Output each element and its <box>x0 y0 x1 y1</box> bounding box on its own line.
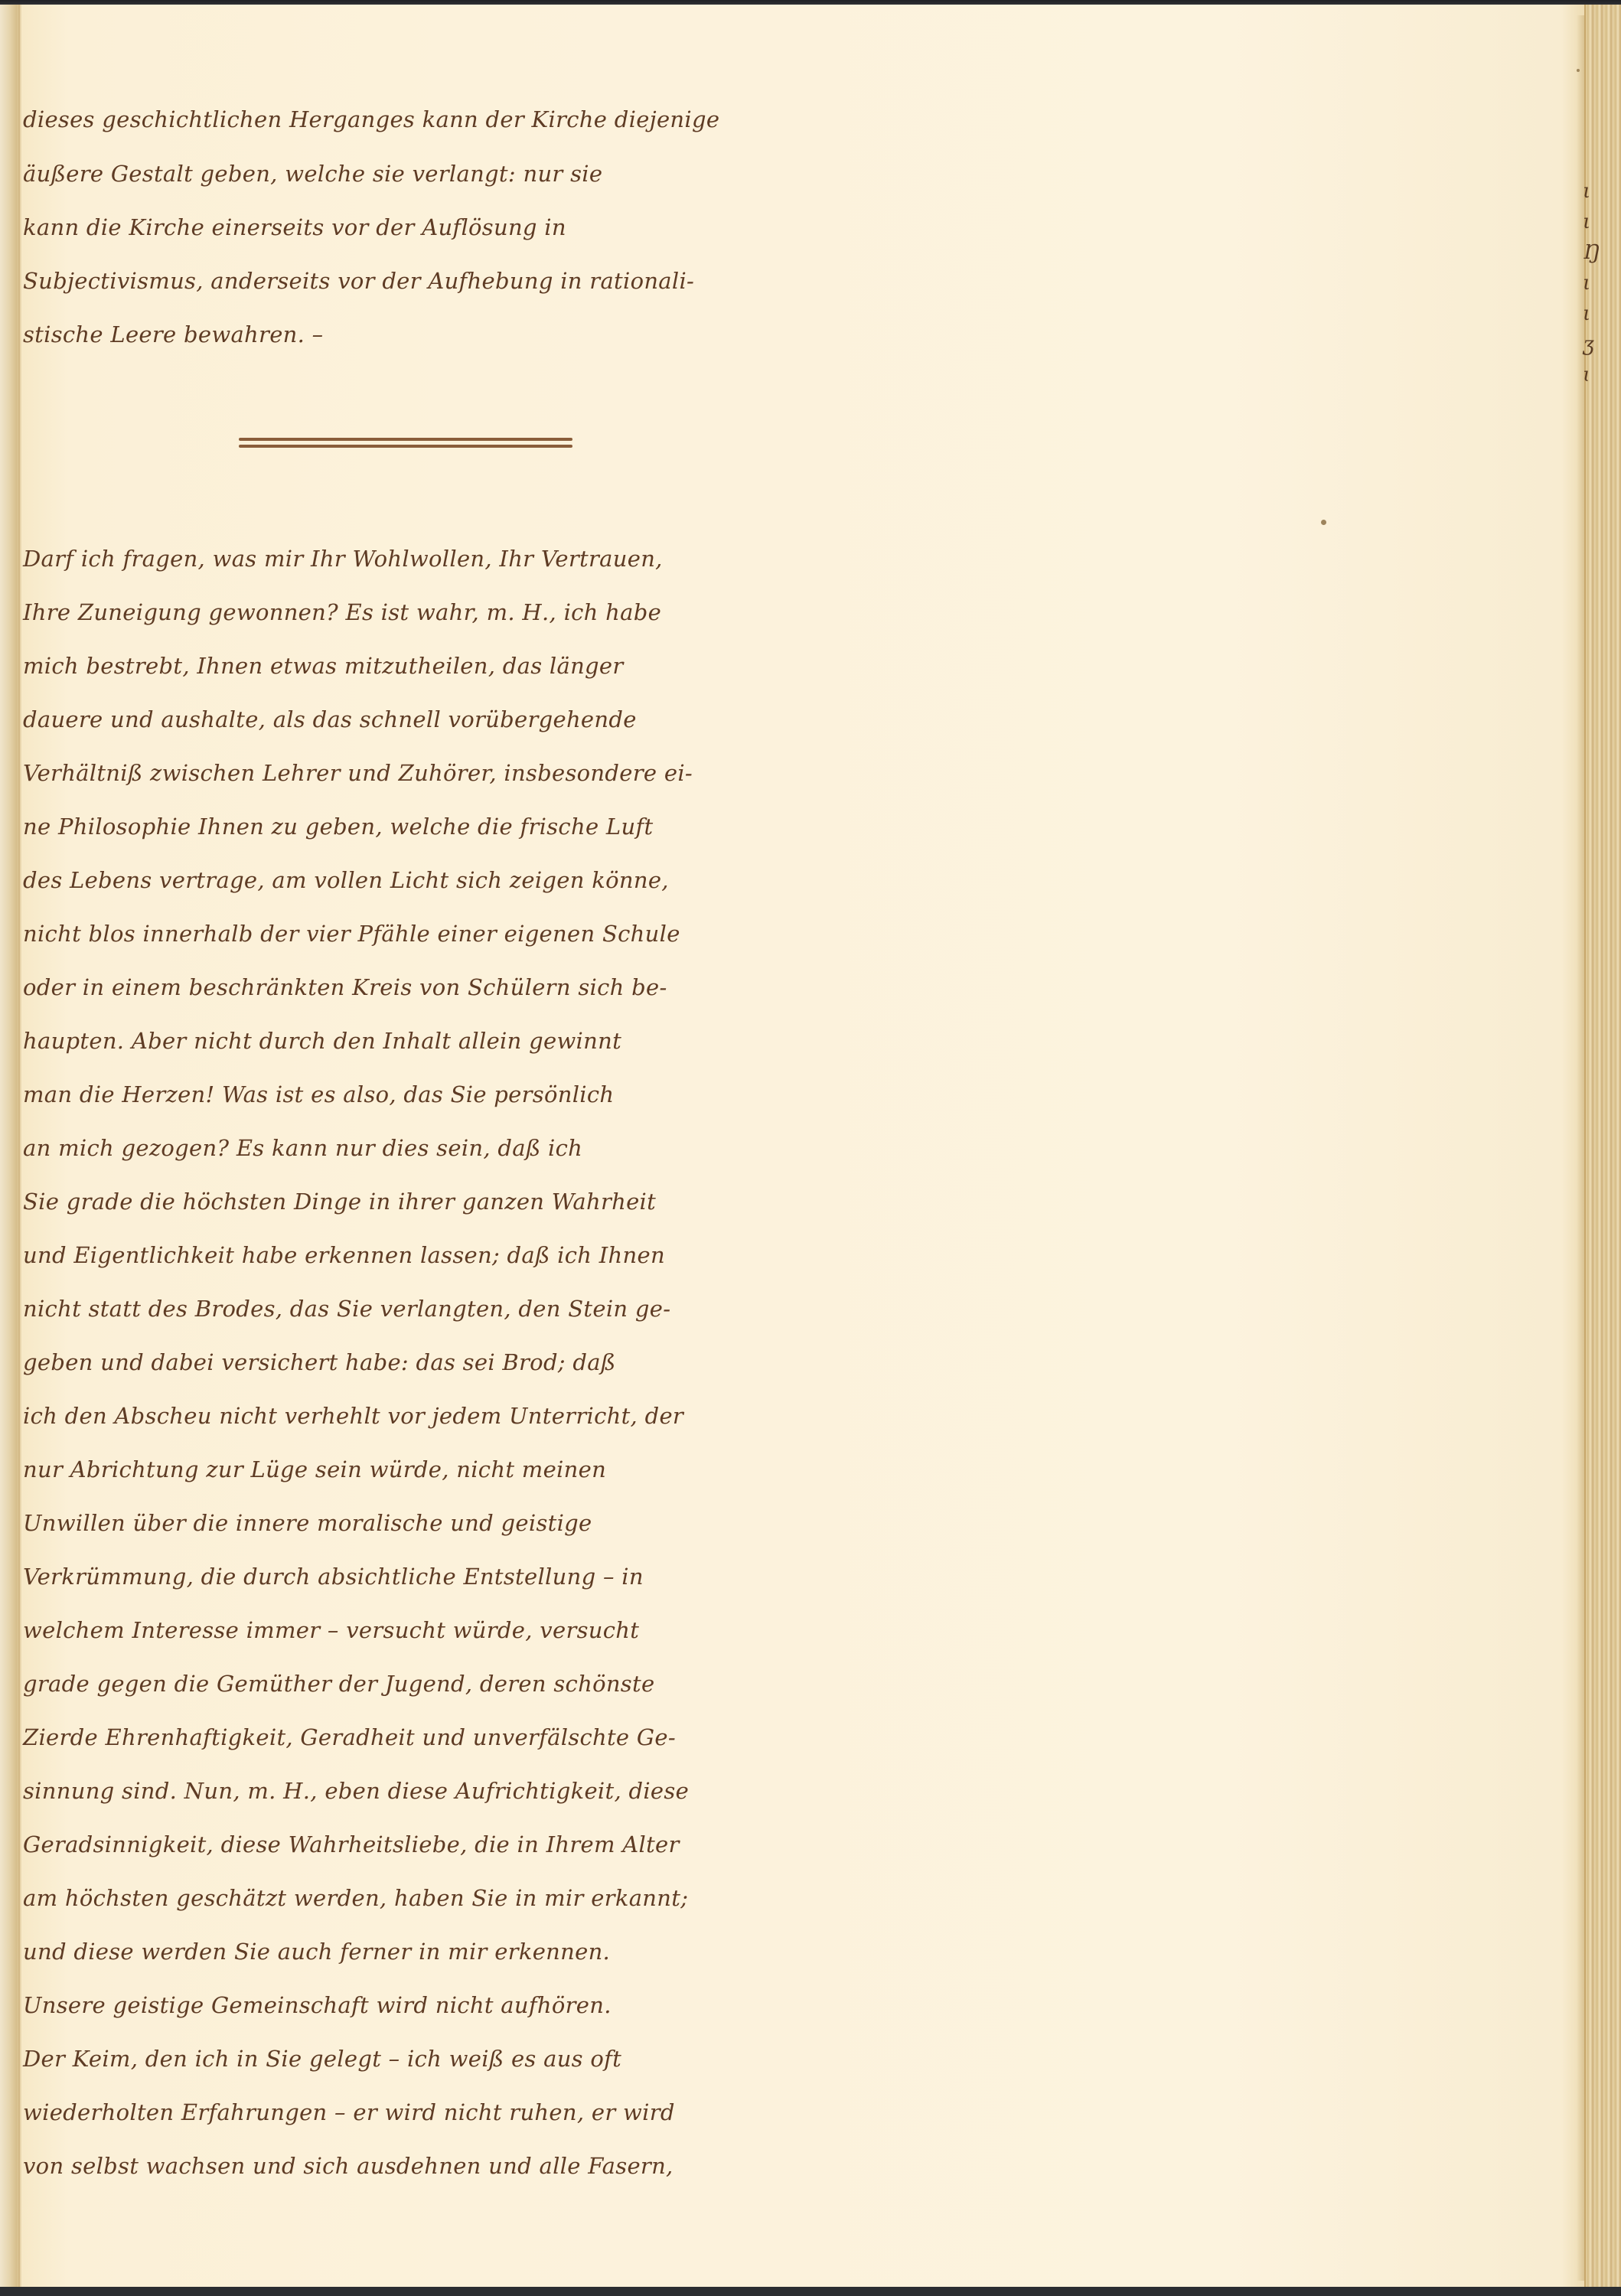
manuscript-line: Unsere geistige Gemeinschaft wird nicht … <box>23 1987 612 2024</box>
manuscript-line: am höchsten geschätzt werden, haben Sie … <box>23 1880 688 1916</box>
manuscript-line: nur Abrichtung zur Lüge sein würde, nich… <box>23 1451 606 1488</box>
margin-mark: ʒ <box>1583 329 1606 360</box>
manuscript-line: ne Philosophie Ihnen zu geben, welche di… <box>23 808 653 845</box>
ink-speck <box>1321 520 1326 525</box>
manuscript-line: dauere und aushalte, als das schnell vor… <box>23 701 637 738</box>
margin-mark: Ŋ <box>1583 237 1606 268</box>
manuscript-line: Geradsinnigkeit, diese Wahrheitsliebe, d… <box>23 1826 680 1863</box>
manuscript-line: und diese werden Sie auch ferner in mir … <box>23 1933 610 1970</box>
manuscript-line: Unwillen über die innere moralische und … <box>23 1505 592 1541</box>
manuscript-line: oder in einem beschränkten Kreis von Sch… <box>23 969 667 1006</box>
manuscript-line: man die Herzen! Was ist es also, das Sie… <box>23 1076 614 1113</box>
manuscript-line: welchem Interesse immer – versucht würde… <box>23 1612 639 1649</box>
manuscript-line: grade gegen die Gemüther der Jugend, der… <box>23 1665 654 1702</box>
manuscript-line: kann die Kirche einerseits vor der Auflö… <box>23 209 566 246</box>
margin-mark: ι <box>1583 207 1606 237</box>
manuscript-page: dieses geschichtlichen Herganges kann de… <box>0 5 1592 2287</box>
manuscript-line: an mich gezogen? Es kann nur dies sein, … <box>23 1130 582 1166</box>
manuscript-line: Subjectivismus, anderseits vor der Aufhe… <box>23 263 694 299</box>
manuscript-line: und Eigentlichkeit habe erkennen lassen;… <box>23 1237 665 1274</box>
manuscript-line: geben und dabei versichert habe: das sei… <box>23 1344 616 1381</box>
manuscript-line: sinnung sind. Nun, m. H., eben diese Auf… <box>23 1773 689 1809</box>
manuscript-line: dieses geschichtlichen Herganges kann de… <box>23 101 719 138</box>
manuscript-line: Zierde Ehrenhaftigkeit, Geradheit und un… <box>23 1719 676 1756</box>
manuscript-line: mich bestrebt, Ihnen etwas mitzutheilen,… <box>23 647 624 684</box>
manuscript-line: Der Keim, den ich in Sie gelegt – ich we… <box>23 2040 621 2077</box>
manuscript-line: Verhältniß zwischen Lehrer und Zuhörer, … <box>23 755 693 791</box>
manuscript-line: des Lebens vertrage, am vollen Licht sic… <box>23 862 669 899</box>
margin-mark: ι <box>1583 176 1606 207</box>
manuscript-line: nicht blos innerhalb der vier Pfähle ein… <box>23 915 680 952</box>
right-margin-marks: ι ι Ŋ ι ι ʒ ɩ <box>1583 176 1606 390</box>
manuscript-line: nicht statt des Brodes, das Sie verlangt… <box>23 1290 670 1327</box>
margin-mark: ɩ <box>1583 360 1606 390</box>
double-rule-separator <box>239 438 572 452</box>
manuscript-line: haupten. Aber nicht durch den Inhalt all… <box>23 1022 621 1059</box>
margin-mark: ι <box>1583 298 1606 329</box>
scan-bottom-edge <box>0 2287 1621 2296</box>
manuscript-line: wiederholten Erfahrungen – er wird nicht… <box>23 2094 675 2131</box>
manuscript-line: Ihre Zuneigung gewonnen? Es ist wahr, m.… <box>23 594 661 631</box>
margin-mark: ι <box>1583 268 1606 298</box>
manuscript-line: Sie grade die höchsten Dinge in ihrer ga… <box>23 1183 656 1220</box>
manuscript-line: ich den Abscheu nicht verhehlt vor jedem… <box>23 1397 683 1434</box>
manuscript-line: von selbst wachsen und sich ausdehnen un… <box>23 2148 674 2184</box>
manuscript-line: stische Leere bewahren. – <box>23 316 323 353</box>
manuscript-line: Verkrümmung, die durch absichtliche Ents… <box>23 1558 644 1595</box>
manuscript-line: Darf ich fragen, was mir Ihr Wohlwollen,… <box>23 540 663 577</box>
manuscript-line: äußere Gestalt geben, welche sie verlang… <box>23 155 602 192</box>
gutter-crease <box>18 5 20 2287</box>
